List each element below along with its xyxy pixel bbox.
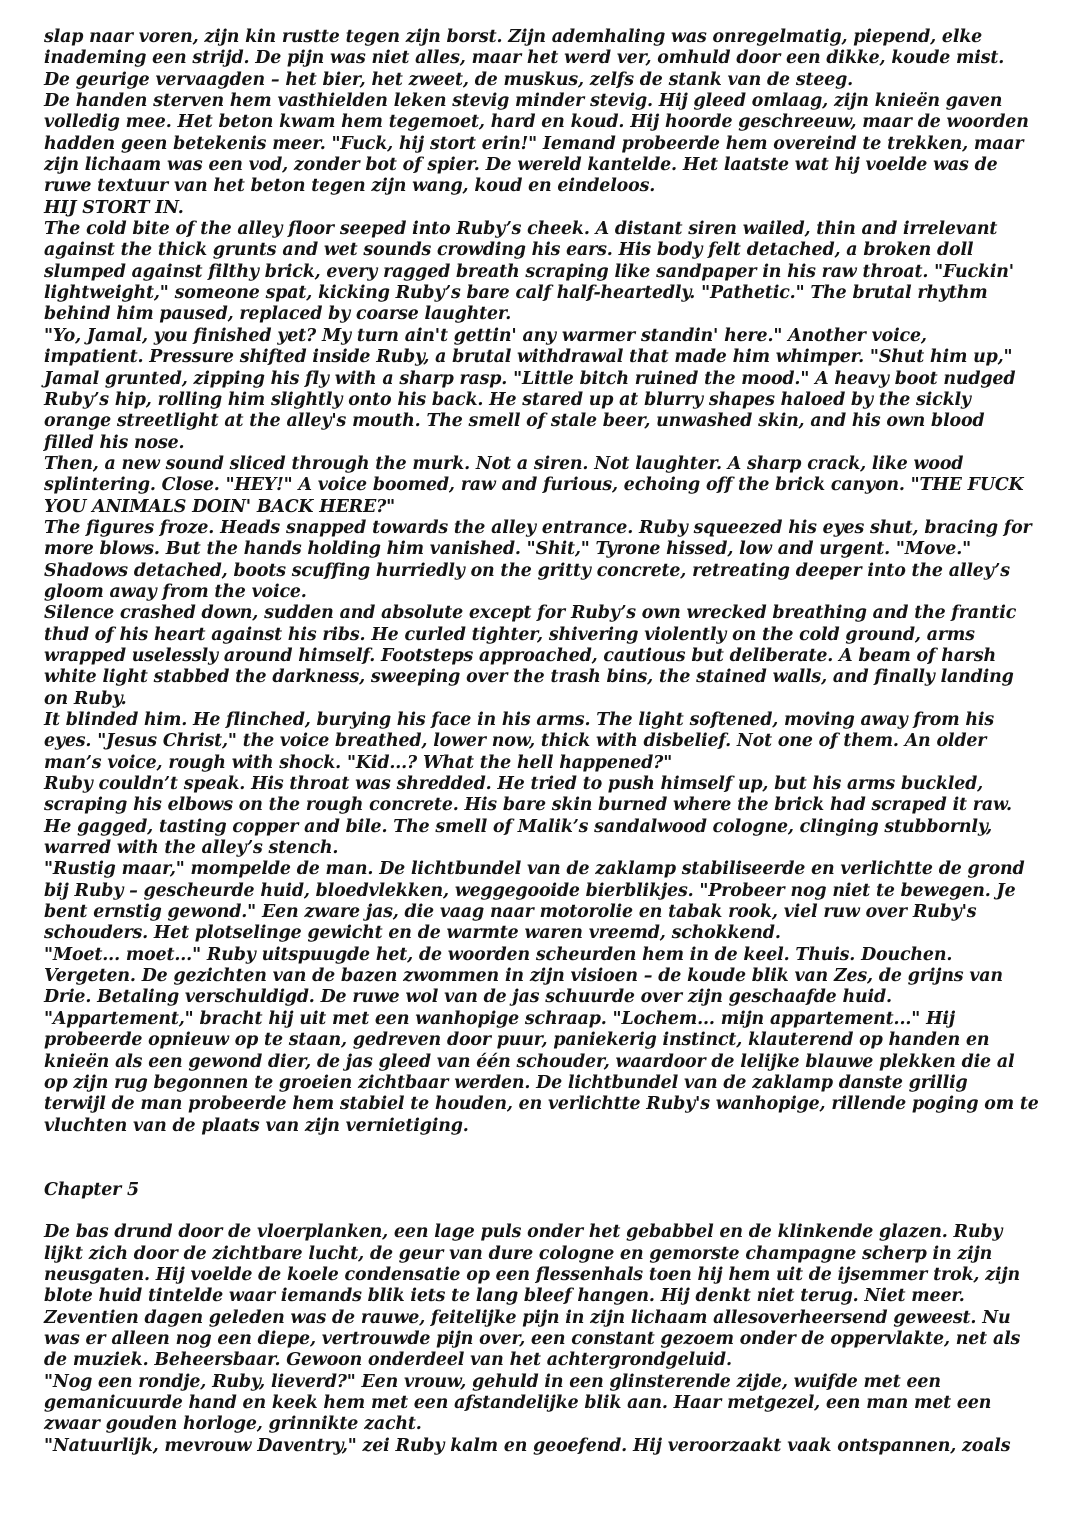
text-line: The figures froze. Heads snapped towards… — [44, 518, 1044, 539]
text-line: behind him paused, replaced by coarse la… — [44, 304, 1044, 325]
text-line: op zijn rug begonnen te groeien zichtbaa… — [44, 1073, 1044, 1094]
text-line: "Moet... moet..." Ruby uitspuugde het, d… — [44, 945, 1044, 966]
text-line: bent ernstig gewond." Een zware jas, die… — [44, 902, 1044, 923]
text-line: Zeventien dagen geleden was de rauwe, fe… — [44, 1308, 1044, 1329]
text-line: "Appartement," bracht hij uit met een wa… — [44, 1009, 1044, 1030]
text-line: wrapped uselessly around himself. Footst… — [44, 646, 1044, 667]
text-line: gemanicuurde hand en keek hem met een af… — [44, 1393, 1044, 1414]
text-line: slumped against filthy brick, every ragg… — [44, 262, 1044, 283]
paragraph: "Appartement," bracht hij uit met een wa… — [44, 1009, 1044, 1137]
paragraph: "Nog een rondje, Ruby, lieverd?" Een vro… — [44, 1372, 1044, 1436]
paragraph: It blinded him. He flinched, burying his… — [44, 710, 1044, 774]
paragraph: slap naar voren, zijn kin rustte tegen z… — [44, 27, 1044, 91]
text-line: Shadows detached, boots scuffing hurried… — [44, 561, 1044, 582]
text-line: filled his nose. — [44, 433, 1044, 454]
text-line: white light stabbed the darkness, sweepi… — [44, 667, 1044, 688]
text-line: He gagged, tasting copper and bile. The … — [44, 817, 1044, 838]
paragraph: "Rustig maar," mompelde de man. De licht… — [44, 859, 1044, 944]
text-line: knieën als een gewond dier, de jas gleed… — [44, 1052, 1044, 1073]
text-line: "Natuurlijk, mevrouw Daventry," zei Ruby… — [44, 1436, 1044, 1457]
text-line: neusgaten. Hij voelde de koele condensat… — [44, 1265, 1044, 1286]
chapter-spacer — [44, 1137, 1044, 1180]
text-line: Drie. Betaling verschuldigd. De ruwe wol… — [44, 987, 1044, 1008]
text-line: splintering. Close. "HEY!" A voice boome… — [44, 475, 1044, 496]
text-line: schouders. Het plotselinge gewicht en de… — [44, 923, 1044, 944]
text-line: lightweight," someone spat, kicking Ruby… — [44, 283, 1044, 304]
chapter-heading: Chapter 5 — [44, 1180, 1044, 1201]
text-line: Then, a new sound sliced through the mur… — [44, 454, 1044, 475]
chapter-spacer — [44, 1201, 1044, 1222]
text-line: Silence crashed down, sudden and absolut… — [44, 603, 1044, 624]
text-line: "Rustig maar," mompelde de man. De licht… — [44, 859, 1044, 880]
paragraph: "Natuurlijk, mevrouw Daventry," zei Ruby… — [44, 1436, 1044, 1457]
paragraph: De bas drund door de vloerplanken, een l… — [44, 1222, 1044, 1371]
paragraph: "Moet... moet..." Ruby uitspuugde het, d… — [44, 945, 1044, 1009]
text-line: "Yo, Jamal, you finished yet? My turn ai… — [44, 326, 1044, 347]
paragraph: HIJ STORT IN. — [44, 198, 1044, 219]
text-line: against the thick grunts and wet sounds … — [44, 240, 1044, 261]
paragraph: "Yo, Jamal, you finished yet? My turn ai… — [44, 326, 1044, 454]
text-line: bij Ruby – gescheurde huid, bloedvlekken… — [44, 881, 1044, 902]
text-line: man’s voice, rough with shock. "Kid...? … — [44, 753, 1044, 774]
text-line: volledig mee. Het beton kwam hem tegemoe… — [44, 112, 1044, 133]
text-line: It blinded him. He flinched, burying his… — [44, 710, 1044, 731]
text-line: was er alleen nog een diepe, vertrouwde … — [44, 1329, 1044, 1350]
text-line: probeerde opnieuw op te staan, gedreven … — [44, 1030, 1044, 1051]
text-line: zijn lichaam was een vod, zonder bot of … — [44, 155, 1044, 176]
text-line: De geurige vervaagden – het bier, het zw… — [44, 70, 1044, 91]
text-line: ruwe textuur van het beton tegen zijn wa… — [44, 176, 1044, 197]
text-line: The cold bite of the alley floor seeped … — [44, 219, 1044, 240]
text-line: thud of his heart against his ribs. He c… — [44, 625, 1044, 646]
text-line: Jamal grunted, zipping his fly with a sh… — [44, 369, 1044, 390]
paragraph: The figures froze. Heads snapped towards… — [44, 518, 1044, 603]
text-line: hadden geen betekenis meer. "Fuck, hij s… — [44, 134, 1044, 155]
text-line: on Ruby. — [44, 689, 1044, 710]
text-line: terwijl de man probeerde hem stabiel te … — [44, 1094, 1044, 1115]
text-line: zwaar gouden horloge, grinnikte zacht. — [44, 1414, 1044, 1435]
text-line: slap naar voren, zijn kin rustte tegen z… — [44, 27, 1044, 48]
chapter-5-body: De bas drund door de vloerplanken, een l… — [44, 1222, 1044, 1457]
paragraph: Silence crashed down, sudden and absolut… — [44, 603, 1044, 710]
text-line: Vergeten. De gezichten van de bazen zwom… — [44, 966, 1044, 987]
text-line: de muziek. Beheersbaar. Gewoon onderdeel… — [44, 1350, 1044, 1371]
text-line: HIJ STORT IN. — [44, 198, 1044, 219]
text-line: lijkt zich door de zichtbare lucht, de g… — [44, 1244, 1044, 1265]
text-line: inademing een strijd. De pijn was niet a… — [44, 48, 1044, 69]
paragraph: The cold bite of the alley floor seeped … — [44, 219, 1044, 326]
text-line: eyes. "Jesus Christ," the voice breathed… — [44, 731, 1044, 752]
paragraph: De handen sterven hem vasthielden leken … — [44, 91, 1044, 198]
text-line: De handen sterven hem vasthielden leken … — [44, 91, 1044, 112]
text-line: Ruby couldn’t speak. His throat was shre… — [44, 774, 1044, 795]
text-line: gloom away from the voice. — [44, 582, 1044, 603]
text-line: warred with the alley’s stench. — [44, 838, 1044, 859]
text-line: De bas drund door de vloerplanken, een l… — [44, 1222, 1044, 1243]
text-line: Ruby’s hip, rolling him slightly onto hi… — [44, 390, 1044, 411]
paragraph: Ruby couldn’t speak. His throat was shre… — [44, 774, 1044, 859]
text-line: "Nog een rondje, Ruby, lieverd?" Een vro… — [44, 1372, 1044, 1393]
text-line: scraping his elbows on the rough concret… — [44, 795, 1044, 816]
text-line: orange streetlight at the alley's mouth.… — [44, 411, 1044, 432]
paragraph: Then, a new sound sliced through the mur… — [44, 454, 1044, 518]
text-line: blote huid tintelde waar iemands blik ie… — [44, 1286, 1044, 1307]
text-line: YOU ANIMALS DOIN' BACK HERE?" — [44, 497, 1044, 518]
text-line: vluchten van de plaats van zijn vernieti… — [44, 1116, 1044, 1137]
document-page: slap naar voren, zijn kin rustte tegen z… — [44, 27, 1044, 1457]
text-line: more blows. But the hands holding him va… — [44, 539, 1044, 560]
text-line: impatient. Pressure shifted inside Ruby,… — [44, 347, 1044, 368]
chapter-4-body: slap naar voren, zijn kin rustte tegen z… — [44, 27, 1044, 1137]
